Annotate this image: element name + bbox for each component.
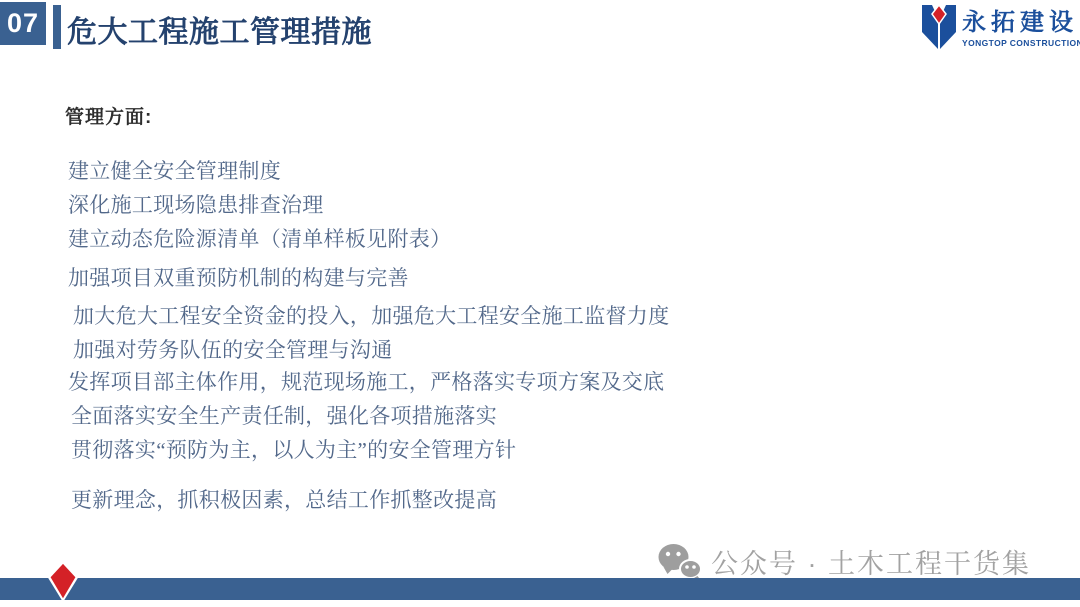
title-accent-bar bbox=[53, 5, 61, 49]
list-item: 更新理念，抓积极因素，总结工作抓整改提高 bbox=[68, 483, 728, 517]
diamond-logo-icon bbox=[46, 562, 80, 604]
watermark: 公众号 · 土木工程干货集 bbox=[657, 542, 1031, 581]
logo-subtitle: YONGTOP CONSTRUCTION bbox=[962, 38, 1080, 48]
slide: 07 危大工程施工管理措施 永拓建设 YONGTOP CONSTRUCTION … bbox=[0, 0, 1080, 607]
page-title: 危大工程施工管理措施 bbox=[67, 7, 372, 51]
list-item: 建立动态危险源清单（清单样板见附表） bbox=[68, 222, 728, 256]
company-logo: 永拓建设 YONGTOP CONSTRUCTION bbox=[921, 4, 1080, 52]
list-item: 加强对劳务队伍的安全管理与沟通 bbox=[68, 333, 728, 367]
list-item: 加大危大工程安全资金的投入，加强危大工程安全施工监督力度 bbox=[68, 299, 728, 333]
wechat-icon bbox=[657, 543, 702, 581]
list-item: 建立健全安全管理制度 bbox=[68, 154, 728, 188]
logo-text: 永拓建设 YONGTOP CONSTRUCTION bbox=[962, 4, 1080, 52]
list-item: 发挥项目部主体作用，规范现场施工，严格落实专项方案及交底 bbox=[68, 365, 728, 399]
chapter-number-badge: 07 bbox=[0, 2, 46, 45]
measures-list: 建立健全安全管理制度 深化施工现场隐患排查治理 建立动态危险源清单（清单样板见附… bbox=[68, 154, 728, 517]
watermark-text: 公众号 · 土木工程干货集 bbox=[711, 542, 1031, 581]
logo-mark-icon bbox=[921, 4, 957, 52]
list-item: 贯彻落实“预防为主，以人为主”的安全管理方针 bbox=[68, 433, 728, 467]
logo-name: 永拓建设 bbox=[962, 10, 1080, 36]
bottom-accent-bar bbox=[0, 578, 1080, 600]
section-heading: 管理方面: bbox=[65, 102, 152, 129]
list-item: 深化施工现场隐患排查治理 bbox=[68, 188, 728, 222]
list-item: 加强项目双重预防机制的构建与完善 bbox=[68, 261, 728, 295]
list-item: 全面落实安全生产责任制，强化各项措施落实 bbox=[68, 399, 728, 433]
